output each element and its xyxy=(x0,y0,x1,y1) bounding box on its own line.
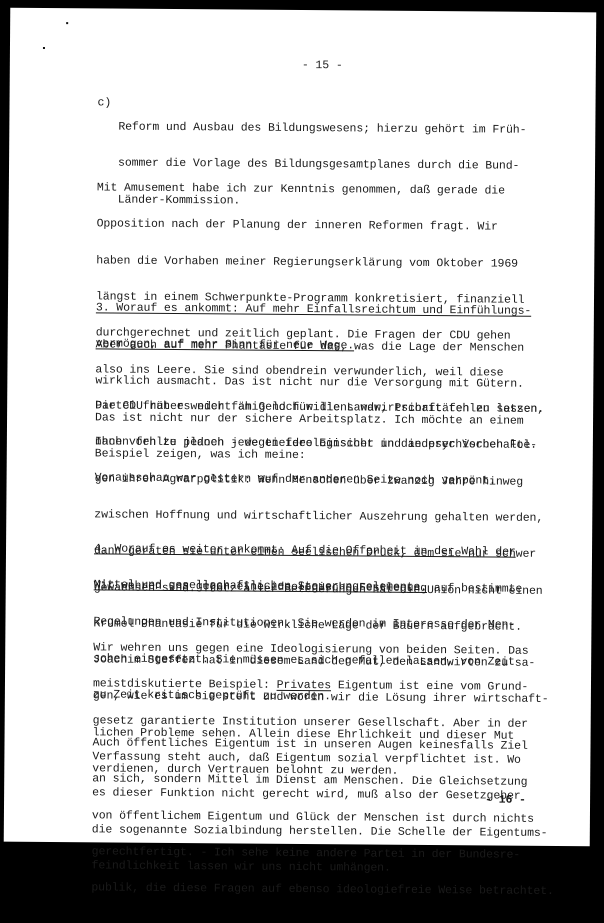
text-line: haben die Vorhaben meiner Regierungserkl… xyxy=(96,255,545,271)
text-line: Wir wehren uns gegen eine ideologische F… xyxy=(94,581,523,596)
scan-speck xyxy=(43,47,45,49)
text-line: meistdiskutierte Beispiel: Privates Eige… xyxy=(93,679,549,695)
scan-speck xyxy=(66,22,68,24)
page-number-bottom: - 16 - xyxy=(485,794,526,806)
text-line: Ihnen fehlte jedoch jede tiefere Einsich… xyxy=(95,437,551,453)
text-line: Opposition nach der Planung der inneren … xyxy=(97,219,546,235)
text-line: Wir wehren uns gegen eine Ideologisierun… xyxy=(93,643,549,659)
text-line: Auch öffentliches Eigentum ist in unsere… xyxy=(92,738,555,754)
text-line: gerechtfertigt. - Ich sehe keine andere … xyxy=(92,846,555,862)
text-line: gen ihrer Agrarpolitik: Wenn Menschen üb… xyxy=(95,473,551,489)
text-line: an sich, sondern Mittel im Dienst am Men… xyxy=(92,774,555,790)
text-line: Aber auch auf mehr Phantasie für das, wa… xyxy=(96,340,525,355)
text-line: Die CDU hat es nicht am Geld für die Lan… xyxy=(95,401,551,417)
list-item-label: c) xyxy=(97,97,111,109)
text-line: Reform und Ausbau des Bildungswesens; hi… xyxy=(118,122,526,137)
text-line: Mit Amusement habe ich zur Kenntnis geno… xyxy=(97,183,546,199)
list-item-c: c) Reform und Ausbau des Bildungswesens;… xyxy=(97,97,125,146)
paragraph-oeffentliches-eigentum: Auch öffentliches Eigentum ist in unsere… xyxy=(91,713,555,864)
underlined-word-privates: Privates xyxy=(277,679,332,692)
text-fragment: Eigentum ist eine vom Grund- xyxy=(331,680,528,695)
text-line: von öffentlichem Eigentum und Glück der … xyxy=(92,810,555,826)
page-number-top: - 15 - xyxy=(302,60,343,72)
scanned-document-page: - 15 - c) Reform und Ausbau des Bildungs… xyxy=(4,8,597,847)
text-fragment: meistdiskutierte Beispiel: xyxy=(93,678,277,692)
